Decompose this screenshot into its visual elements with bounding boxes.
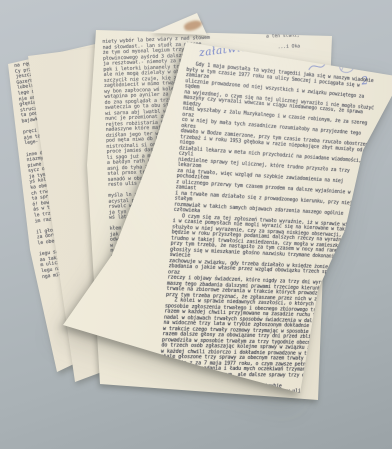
photo-of-typewritten-documents: na ręgę ar Cy przezen jeszcze b Gazernin… (0, 0, 392, 449)
handwritten-annotation: załatwione 9.VI.78 (198, 35, 306, 59)
right-page-typed-text: Gdy 1 maja powstała ta wyżej tragedii ja… (155, 62, 380, 417)
paper-sheet-right-wrap: załatwione 9.VI.78 2 Kraków dnia 17-05-1… (0, 0, 392, 449)
paper-sheet-right: załatwione 9.VI.78 2 Kraków dnia 17-05-1… (0, 0, 392, 449)
right-page-text-layer: załatwione 9.VI.78 2 Kraków dnia 17-05-1… (136, 27, 392, 444)
